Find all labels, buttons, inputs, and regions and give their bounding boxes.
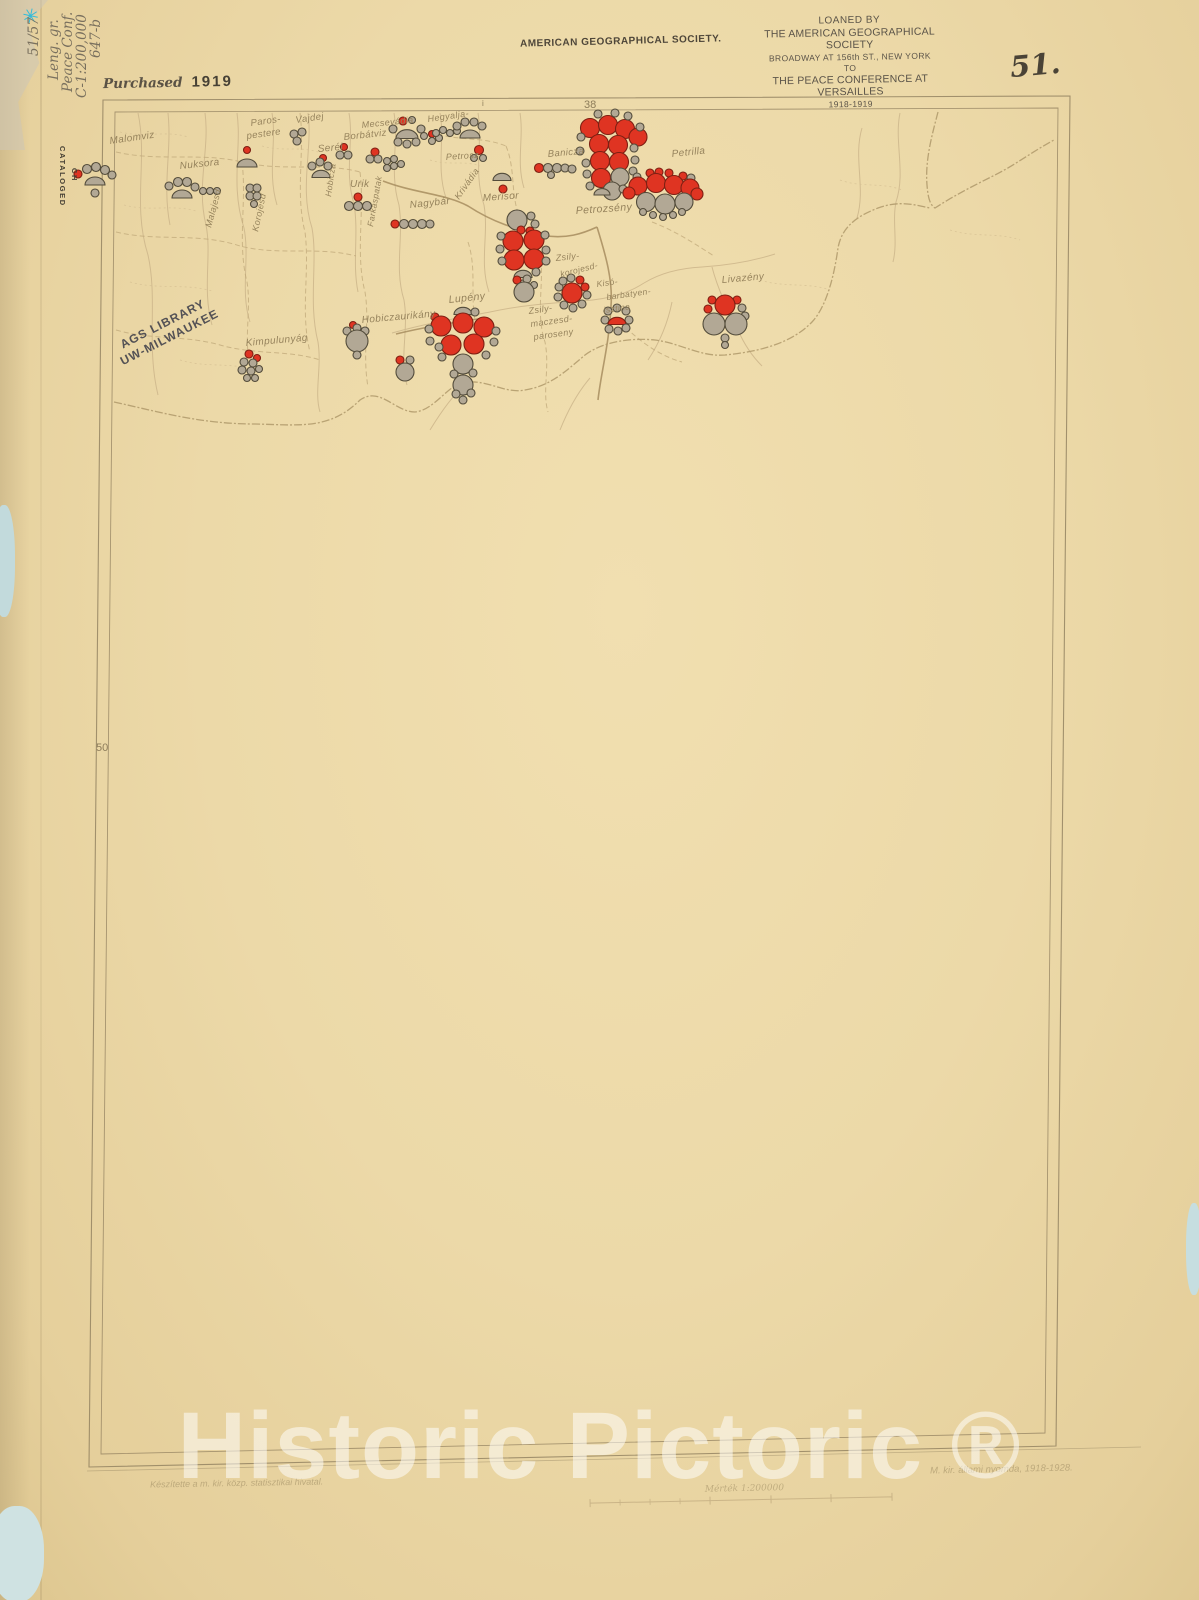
population-marker-gray <box>569 304 577 312</box>
population-marker-gray <box>83 165 92 174</box>
population-marker-gray <box>554 293 562 301</box>
population-marker-gray <box>594 110 602 118</box>
population-marker-gray <box>655 194 675 214</box>
population-marker-red <box>599 116 618 135</box>
population-marker-red <box>623 187 635 199</box>
population-marker-gray <box>108 171 116 179</box>
population-marker-gray <box>425 325 433 333</box>
loan-stamp-line: THE PEACE CONFERENCE AT VERSAILLES <box>742 72 958 100</box>
population-marker-red <box>504 250 524 270</box>
map-frame <box>87 96 1141 1471</box>
population-marker-gray <box>490 338 498 346</box>
grid-number-top: 38 <box>584 99 596 111</box>
place-label: paroseny <box>532 326 574 342</box>
population-marker-gray <box>429 138 436 145</box>
population-marker-gray <box>172 190 192 198</box>
place-label: Vajdej <box>295 111 325 126</box>
population-marker-gray <box>542 257 550 265</box>
population-marker-gray <box>630 144 638 152</box>
population-marker-gray <box>249 359 257 367</box>
population-marker-gray <box>553 164 562 173</box>
population-marker-gray <box>252 375 259 382</box>
population-marker-gray <box>605 325 613 333</box>
population-marker-red <box>524 249 544 269</box>
grid-tick-mark: i <box>482 99 484 108</box>
handwritten-note: Leng. gr. <box>46 19 62 80</box>
place-label: Borbátviz <box>343 128 387 143</box>
place-label: Urik <box>350 179 370 190</box>
population-marker-gray <box>582 159 590 167</box>
place-label: Banicza <box>547 146 584 160</box>
population-marker-gray <box>200 188 207 195</box>
place-label: Merisor <box>482 190 519 204</box>
population-marker-red <box>609 136 628 155</box>
population-marker-gray <box>586 182 594 190</box>
place-label: Nuksora <box>179 157 220 172</box>
population-marker-gray <box>478 122 486 130</box>
population-marker-gray <box>636 123 644 131</box>
cataloged-stamp: CATALOGED CH <box>58 146 79 207</box>
population-marker-red <box>453 313 473 333</box>
population-marker-gray <box>452 390 460 398</box>
population-marker-red <box>581 283 589 291</box>
population-marker-red <box>503 231 523 251</box>
population-marker-red <box>441 335 461 355</box>
population-marker-gray <box>92 163 101 172</box>
population-marker-red <box>591 152 610 171</box>
place-label: Hobiczaurikány <box>361 309 436 326</box>
population-marker-gray <box>532 268 540 276</box>
population-marker-gray <box>308 162 316 170</box>
map-canvas: MalomvizNuksoraMalajesdParos-pestereVajd… <box>0 0 1199 1600</box>
population-marker-gray <box>583 170 591 178</box>
population-marker-gray <box>191 183 199 191</box>
population-marker-gray <box>396 130 418 139</box>
population-marker-gray <box>493 173 511 180</box>
population-marker-gray <box>417 125 425 133</box>
population-marker-gray <box>722 342 729 349</box>
place-label: Kisó- <box>596 276 619 289</box>
map-sheet-page: ✳ <box>0 0 1199 1600</box>
population-marker-gray <box>400 220 409 229</box>
population-marker-gray <box>482 351 490 359</box>
purchase-year: 1919 <box>191 73 233 91</box>
population-marker-gray <box>435 343 443 351</box>
population-marker-red <box>647 174 666 193</box>
population-marker-gray <box>542 246 550 254</box>
population-marker-gray <box>527 212 535 220</box>
place-label: Lupény <box>448 290 486 306</box>
grid-number-left: 50 <box>96 742 108 754</box>
handwritten-note: Peace Conf. <box>60 12 76 92</box>
handwritten-note: 647-b <box>88 19 104 58</box>
population-marker-gray <box>298 128 306 136</box>
population-marker-red <box>535 164 544 173</box>
population-marker-gray <box>244 375 251 382</box>
population-marker-gray <box>541 231 549 239</box>
population-marker-gray <box>548 172 555 179</box>
population-marker-gray <box>675 193 693 211</box>
population-marker-red <box>244 147 251 154</box>
place-label: Malomviz <box>109 130 156 147</box>
population-marker-gray <box>703 313 725 335</box>
population-marker-gray <box>398 161 405 168</box>
population-marker-gray <box>240 358 248 366</box>
population-marker-gray <box>460 130 480 138</box>
population-marker-gray <box>611 109 619 117</box>
population-marker-gray <box>631 156 639 164</box>
population-marker-gray <box>345 202 354 211</box>
population-marker-gray <box>614 327 622 335</box>
population-marker-gray <box>514 282 534 302</box>
population-marker-gray <box>492 327 500 335</box>
place-label: Serél <box>317 142 344 155</box>
population-marker-gray <box>469 369 477 377</box>
cataloged-line: CATALOGED <box>58 146 67 207</box>
population-marker-gray <box>426 220 434 228</box>
sheet-number: 51. <box>1009 46 1062 84</box>
population-marker-gray <box>438 353 446 361</box>
purchase-stamp: Purchased1919 <box>103 73 233 93</box>
population-marker-gray <box>412 138 420 146</box>
loan-stamp-line: THE AMERICAN GEOGRAPHICAL SOCIETY <box>741 25 957 53</box>
population-marker-gray <box>480 155 487 162</box>
population-marker-gray <box>471 308 479 316</box>
population-marker-gray <box>498 257 506 265</box>
place-label: Mecsevádia <box>361 115 414 130</box>
population-marker-gray <box>384 158 391 165</box>
population-marker-gray <box>238 366 246 374</box>
population-marker-gray <box>353 351 361 359</box>
population-marker-gray <box>354 202 363 211</box>
place-label: Zsily- <box>554 251 580 264</box>
population-marker-gray <box>384 165 391 172</box>
population-marker-red <box>665 176 684 195</box>
loan-stamp: LOANED BY THE AMERICAN GEOGRAPHICAL SOCI… <box>741 12 959 112</box>
population-marker-red <box>691 188 703 200</box>
population-marker-gray <box>459 396 467 404</box>
population-marker-gray <box>344 151 352 159</box>
purchase-word: Purchased <box>103 75 183 92</box>
population-marker-gray <box>421 133 428 140</box>
population-marker-gray <box>624 112 632 120</box>
population-marker-gray <box>253 184 261 192</box>
population-marker-gray <box>346 330 368 352</box>
population-marker-gray <box>391 163 398 170</box>
population-marker-red <box>391 220 399 228</box>
population-marker-gray <box>583 291 591 299</box>
population-marker-gray <box>237 159 257 167</box>
population-marker-gray <box>496 245 504 253</box>
population-marker-gray <box>637 193 656 212</box>
population-marker-gray <box>560 301 568 309</box>
place-label: Krivádia <box>452 166 481 201</box>
population-marker-gray <box>391 156 398 163</box>
population-marker-gray <box>660 214 667 221</box>
population-marker-gray <box>374 155 382 163</box>
population-marker-gray <box>447 130 454 137</box>
population-marker-gray <box>738 304 746 312</box>
population-marker-red <box>245 350 253 358</box>
population-marker-gray <box>418 220 427 229</box>
population-marker-gray <box>622 324 630 332</box>
population-marker-gray <box>577 133 585 141</box>
place-label: barbatyen- <box>606 286 652 302</box>
population-marker-gray <box>470 118 478 126</box>
population-marker-gray <box>640 209 647 216</box>
population-marker-gray <box>396 363 414 381</box>
population-marker-gray <box>394 138 402 146</box>
handwritten-note: 51/57 <box>26 17 42 56</box>
place-label: Livazény <box>721 271 765 286</box>
population-marker-gray <box>578 300 586 308</box>
population-marker-red <box>576 276 584 284</box>
population-marker-gray <box>568 165 576 173</box>
population-marker-gray <box>256 366 263 373</box>
population-marker-gray <box>679 209 686 216</box>
population-marker-gray <box>316 158 324 166</box>
cataloged-line: CH <box>70 168 79 207</box>
population-marker-gray <box>467 389 475 397</box>
population-marker-gray <box>426 337 434 345</box>
place-label: Nagybár <box>409 196 451 211</box>
population-marker-gray <box>670 212 677 219</box>
population-marker-red <box>704 305 712 313</box>
population-marker-gray <box>247 367 255 375</box>
population-marker-red <box>562 283 582 303</box>
population-marker-red <box>590 135 609 154</box>
population-marker-gray <box>725 313 747 335</box>
handwritten-note: C-1:200,000 <box>74 14 90 98</box>
population-marker-gray <box>366 155 374 163</box>
population-marker-gray <box>433 130 440 137</box>
population-marker-gray <box>721 334 729 342</box>
population-marker-red <box>354 193 362 201</box>
population-marker-gray <box>91 189 99 197</box>
population-marker-gray <box>293 137 301 145</box>
place-label: Zsily- <box>527 303 553 316</box>
historic-pictoric-watermark: Historic Pictoric ® <box>178 1392 1022 1501</box>
population-marker-gray <box>453 122 461 130</box>
place-label: Kimpulunyág <box>245 333 308 349</box>
population-marker-gray <box>183 178 192 187</box>
place-label: Malajesd <box>203 187 223 228</box>
population-marker-red <box>464 334 484 354</box>
population-marker-gray <box>650 212 657 219</box>
population-marker-gray <box>497 232 505 240</box>
population-marker-gray <box>165 182 173 190</box>
population-marker-red <box>715 295 735 315</box>
place-label: Petrilla <box>671 146 706 160</box>
population-marker-gray <box>531 220 539 228</box>
population-marker-gray <box>174 178 183 187</box>
population-marker-gray <box>409 220 418 229</box>
population-marker-gray <box>440 127 447 134</box>
place-label: Petrozsény <box>575 201 633 217</box>
population-marker-gray <box>403 140 411 148</box>
